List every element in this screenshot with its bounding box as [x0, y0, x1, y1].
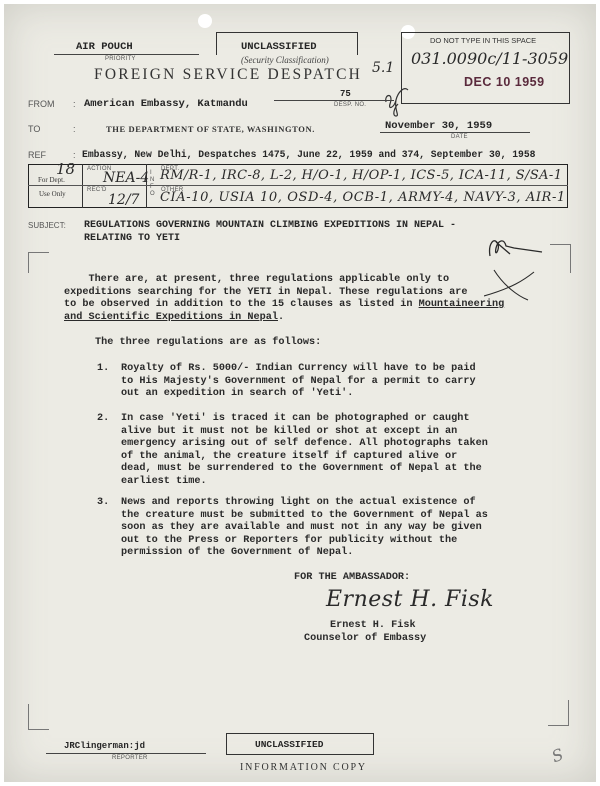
frame-corner [28, 704, 49, 730]
info-letters: INFO [150, 170, 155, 198]
punch-hole [198, 14, 212, 28]
priority-label: PRIORITY [105, 56, 136, 62]
reporter-value: JRClingerman:jd [64, 741, 145, 751]
date-value: November 30, 1959 [385, 120, 492, 132]
regulation-3: News and reports throwing light on the a… [121, 497, 488, 560]
regulation-1: Royalty of Rs. 5000/- Indian Currency wi… [121, 363, 476, 401]
recd-value: 12/7 [108, 192, 139, 208]
list-intro: The three regulations are as follows: [95, 337, 321, 350]
despatch-number-label: DESP. NO. [334, 102, 366, 108]
action-value: NEA-4 [103, 170, 149, 186]
footer-classification: UNCLASSIFIED [255, 739, 323, 750]
date-label: DATE [451, 134, 468, 140]
from-value: American Embassy, Katmandu [84, 98, 248, 110]
subject-label: SUBJECT: [28, 221, 66, 230]
for-dept-label: For Dept. [38, 176, 65, 184]
despatch-number: 75 [340, 89, 351, 99]
intro-line: to be observed in addition to the 15 cla… [64, 299, 419, 310]
page-mark: S [549, 745, 566, 767]
classification-label: (Security Classification) [241, 55, 329, 65]
copy-type: INFORMATION COPY [240, 762, 367, 773]
frame-corner [548, 700, 569, 726]
other-distribution: CIA-10, USIA 10, OSD-4, OCB-1, ARMY-4, N… [160, 190, 566, 205]
file-number: 031.0090c/11-3059 [411, 49, 568, 68]
despatch-page: AIR POUCH PRIORITY UNCLASSIFIED (Securit… [4, 4, 596, 782]
subject-line-2: RELATING TO YETI [84, 233, 180, 244]
received-stamp: DEC 10 1959 [464, 75, 545, 89]
use-only-label: Use Only [39, 190, 66, 198]
signer-name: Ernest H. Fisk [330, 620, 416, 633]
dept-distribution: RM/R-1, IRC-8, L-2, H/O-1, H/OP-1, ICS-5… [160, 168, 562, 183]
to-value: THE DEPARTMENT OF STATE, WASHINGTON. [106, 124, 315, 134]
regulation-number: 3. [97, 497, 109, 510]
recd-label: REC'D [87, 187, 107, 193]
handwritten-signature: Ernest H. Fisk [326, 587, 494, 612]
ref-value: Embassy, New Delhi, Despatches 1475, Jun… [82, 149, 535, 160]
intro-line: There are, at present, three regulations… [64, 274, 504, 287]
reference-title: Mountaineering [419, 299, 505, 310]
intro-line: expeditions searching for the YETI in Ne… [64, 287, 504, 300]
intro-paragraph: There are, at present, three regulations… [64, 274, 504, 324]
margin-mark: 5.1 [372, 60, 394, 76]
regulation-number: 2. [97, 413, 109, 426]
classification-value: UNCLASSIFIED [241, 41, 317, 53]
do-not-type-label: DO NOT TYPE IN THIS SPACE [430, 36, 536, 45]
reporter-label: REPORTER [112, 755, 148, 761]
regulation-number: 1. [97, 363, 109, 376]
form-title: FOREIGN SERVICE DESPATCH [94, 66, 362, 84]
to-label: TO [28, 124, 40, 134]
reference-title: and Scientific Expeditions in Nepal [64, 312, 278, 323]
closing: FOR THE AMBASSADOR: [294, 572, 410, 585]
subject-line-1: REGULATIONS GOVERNING MOUNTAIN CLIMBING … [84, 220, 456, 231]
priority-value: AIR POUCH [76, 41, 133, 53]
frame-corner [28, 252, 49, 273]
signer-title: Counselor of Embassy [304, 633, 426, 646]
from-label: FROM [28, 99, 55, 109]
ref-label: REF [28, 150, 46, 160]
regulation-2: In case 'Yeti' is traced it can be photo… [121, 413, 488, 488]
